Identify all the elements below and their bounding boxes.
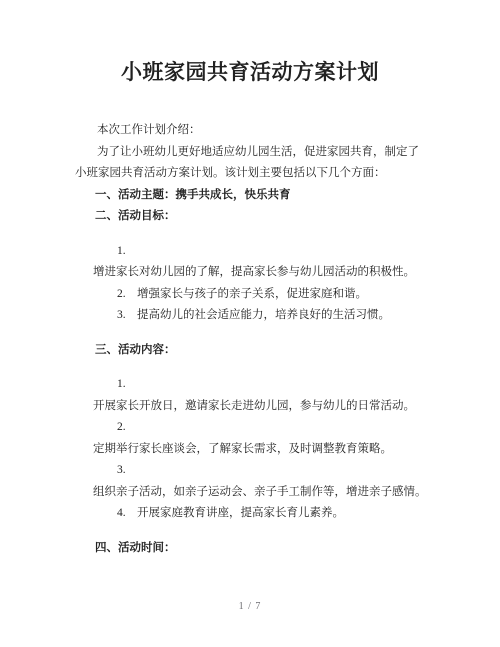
list-item: 4.开展家庭教育讲座，提高家长育儿素养。 bbox=[75, 503, 440, 525]
list-item-text: 开展家庭教育讲座，提高家长育儿素养。 bbox=[137, 507, 344, 519]
paragraph: 本次工作计划介绍： bbox=[75, 120, 440, 142]
document-page: 小班家园共育活动方案计划 本次工作计划介绍：为了让小班幼儿更好地适应幼儿园生活，… bbox=[0, 0, 500, 647]
list-item-number: 1. bbox=[75, 241, 440, 263]
list-item-text: 定期举行家长座谈会，了解家长需求，及时调整教育策略。 bbox=[75, 439, 440, 461]
page-number: 1 / 7 bbox=[239, 601, 262, 612]
page-title: 小班家园共育活动方案计划 bbox=[0, 0, 500, 89]
list-item-number: 2. bbox=[75, 417, 440, 439]
section-heading: 二、活动目标： bbox=[75, 206, 440, 228]
list-item-text: 组织亲子活动，如亲子运动会、亲子手工制作等，增进亲子感情。 bbox=[75, 482, 440, 504]
section-heading: 三、活动内容： bbox=[75, 340, 440, 362]
list-item: 2.增强家长与孩子的亲子关系，促进家庭和谐。 bbox=[75, 284, 440, 306]
list-item-number: 2. bbox=[117, 284, 137, 306]
list-item-text: 提高幼儿的社会适应能力，培养良好的生活习惯。 bbox=[137, 309, 390, 321]
paragraph: 小班家园共育活动方案计划。该计划主要包括以下几个方面： bbox=[75, 163, 440, 185]
list-item-text: 开展家长开放日，邀请家长走进幼儿园，参与幼儿的日常活动。 bbox=[75, 396, 440, 418]
list-item-number: 4. bbox=[117, 503, 137, 525]
document-body: 本次工作计划介绍：为了让小班幼儿更好地适应幼儿园生活，促进家园共育，制定了小班家… bbox=[0, 120, 500, 559]
list-item: 3.提高幼儿的社会适应能力，培养良好的生活习惯。 bbox=[75, 305, 440, 327]
paragraph: 为了让小班幼儿更好地适应幼儿园生活，促进家园共育，制定了 bbox=[75, 142, 440, 164]
list-item-number: 3. bbox=[117, 305, 137, 327]
section-heading: 一、活动主题：携手共成长，快乐共育 bbox=[75, 185, 440, 207]
list-item-number: 1. bbox=[75, 374, 440, 396]
page-footer: 1 / 7 bbox=[0, 601, 500, 612]
list-item-number: 3. bbox=[75, 460, 440, 482]
section-heading: 四、活动时间： bbox=[75, 538, 440, 560]
list-item-text: 增强家长与孩子的亲子关系，促进家庭和谐。 bbox=[137, 288, 367, 300]
list-item-text: 增进家长对幼儿园的了解，提高家长参与幼儿园活动的积极性。 bbox=[75, 262, 440, 284]
